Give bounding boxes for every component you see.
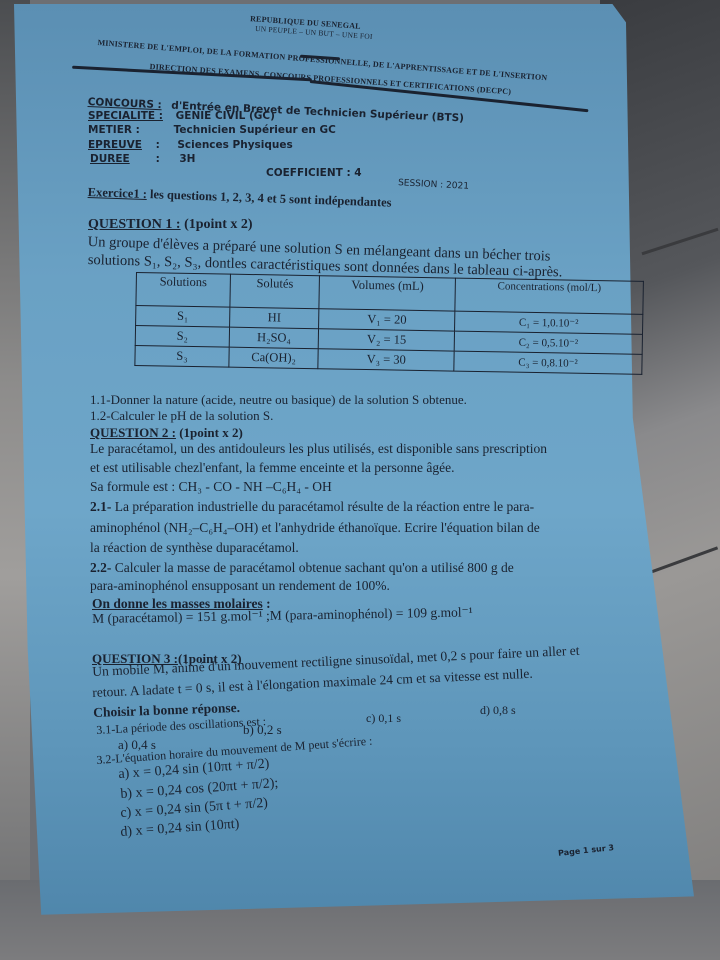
q2-title: QUESTION 2 : <box>90 425 176 440</box>
q2-1-line2: aminophénol (NH₂–C₆H₄–OH) et l'anhydride… <box>90 521 540 535</box>
table-cell: HI <box>229 307 319 329</box>
q1-heading: QUESTION 1 : (1point x 2) <box>88 218 253 232</box>
q2-1-line3: la réaction de synthèse duparacétamol. <box>90 541 299 555</box>
q3-1-option-d: d) 0,8 s <box>480 704 516 716</box>
q2-intro-line2: et est utilisable chezl'enfant, la femme… <box>90 461 455 475</box>
table-header: Concentrations (mol/L) <box>455 278 643 314</box>
q2-2-text: Calculer la masse de paracétamol obtenue… <box>115 560 514 575</box>
table-header: Solutions <box>136 273 230 308</box>
meta-value: 3H <box>179 153 195 165</box>
meta-coefficient: COEFFICIENT : 4 <box>266 167 362 179</box>
meta-duree: DUREE : 3H <box>90 153 195 165</box>
table-cell: S₁ <box>136 306 230 328</box>
q2-2-number: 2.2- <box>90 560 111 575</box>
q1-points: (1point x 2) <box>184 217 252 232</box>
table-cell: V₂ = 15 <box>319 329 455 351</box>
exercice-title: Exercice1 : <box>88 185 148 201</box>
table-cell: V₁ = 20 <box>319 309 455 331</box>
meta-colon: : <box>156 153 176 165</box>
q2-heading: QUESTION 2 : (1point x 2) <box>90 426 243 439</box>
q2-2-line2: para-aminophénol ensupposant un rendemen… <box>90 579 390 593</box>
table-cell: Ca(OH)₂ <box>229 347 319 369</box>
meta-specialite: SPECIALITE : GENIE CIVIL (GC) <box>88 110 275 122</box>
q2-intro-line1: Le paracétamol, un des antidouleurs les … <box>90 442 547 456</box>
solutions-table: Solutions Solutés Volumes (mL) Concentra… <box>134 272 644 375</box>
meta-value: Sciences Physiques <box>177 139 292 151</box>
meta-label: SPECIALITE : <box>88 110 172 122</box>
meta-epreuve: EPREUVE : Sciences Physiques <box>88 139 293 151</box>
q1-title: QUESTION 1 : <box>88 217 181 232</box>
table-cell: S₂ <box>135 326 229 348</box>
table-cell: V₃ = 30 <box>318 349 454 371</box>
table-header: Volumes (mL) <box>319 276 455 311</box>
q2-1-line1: 2.1- La préparation industrielle du para… <box>90 500 534 514</box>
meta-label: EPREUVE <box>88 139 152 151</box>
table-cell: S₃ <box>135 345 229 367</box>
q3-1-option-b: b) 0,2 s <box>243 723 282 736</box>
meta-colon: : <box>156 139 174 151</box>
table-cell: H₂SO₄ <box>229 327 319 349</box>
q2-points: (1point x 2) <box>179 425 243 440</box>
q2-1-number: 2.1- <box>90 499 111 514</box>
meta-label: METIER : <box>88 124 170 136</box>
table-header: Solutés <box>230 274 320 309</box>
q2-2-line1: 2.2- Calculer la masse de paracétamol ob… <box>90 561 514 575</box>
q3-1-option-c: c) 0,1 s <box>366 712 401 724</box>
meta-value: GENIE CIVIL (GC) <box>176 110 275 122</box>
q2-formula: Sa formule est : CH₃ - CO - NH –C₆H₄ - O… <box>90 480 332 494</box>
table-cell: C₃ = 0,8.10⁻² <box>454 351 642 374</box>
meta-label: DUREE <box>90 153 152 165</box>
meta-value: Technicien Supérieur en GC <box>174 124 336 136</box>
q1-1-text: 1.1-Donner la nature (acide, neutre ou b… <box>90 393 467 406</box>
q1-1: 1.1-Donner la nature (acide, neutre ou b… <box>90 392 467 407</box>
q2-1-text: La préparation industrielle du paracétam… <box>115 499 534 514</box>
q1-2-text: 1.2-Calculer le pH de la solution S. <box>90 409 273 422</box>
meta-metier: METIER : Technicien Supérieur en GC <box>88 124 336 136</box>
